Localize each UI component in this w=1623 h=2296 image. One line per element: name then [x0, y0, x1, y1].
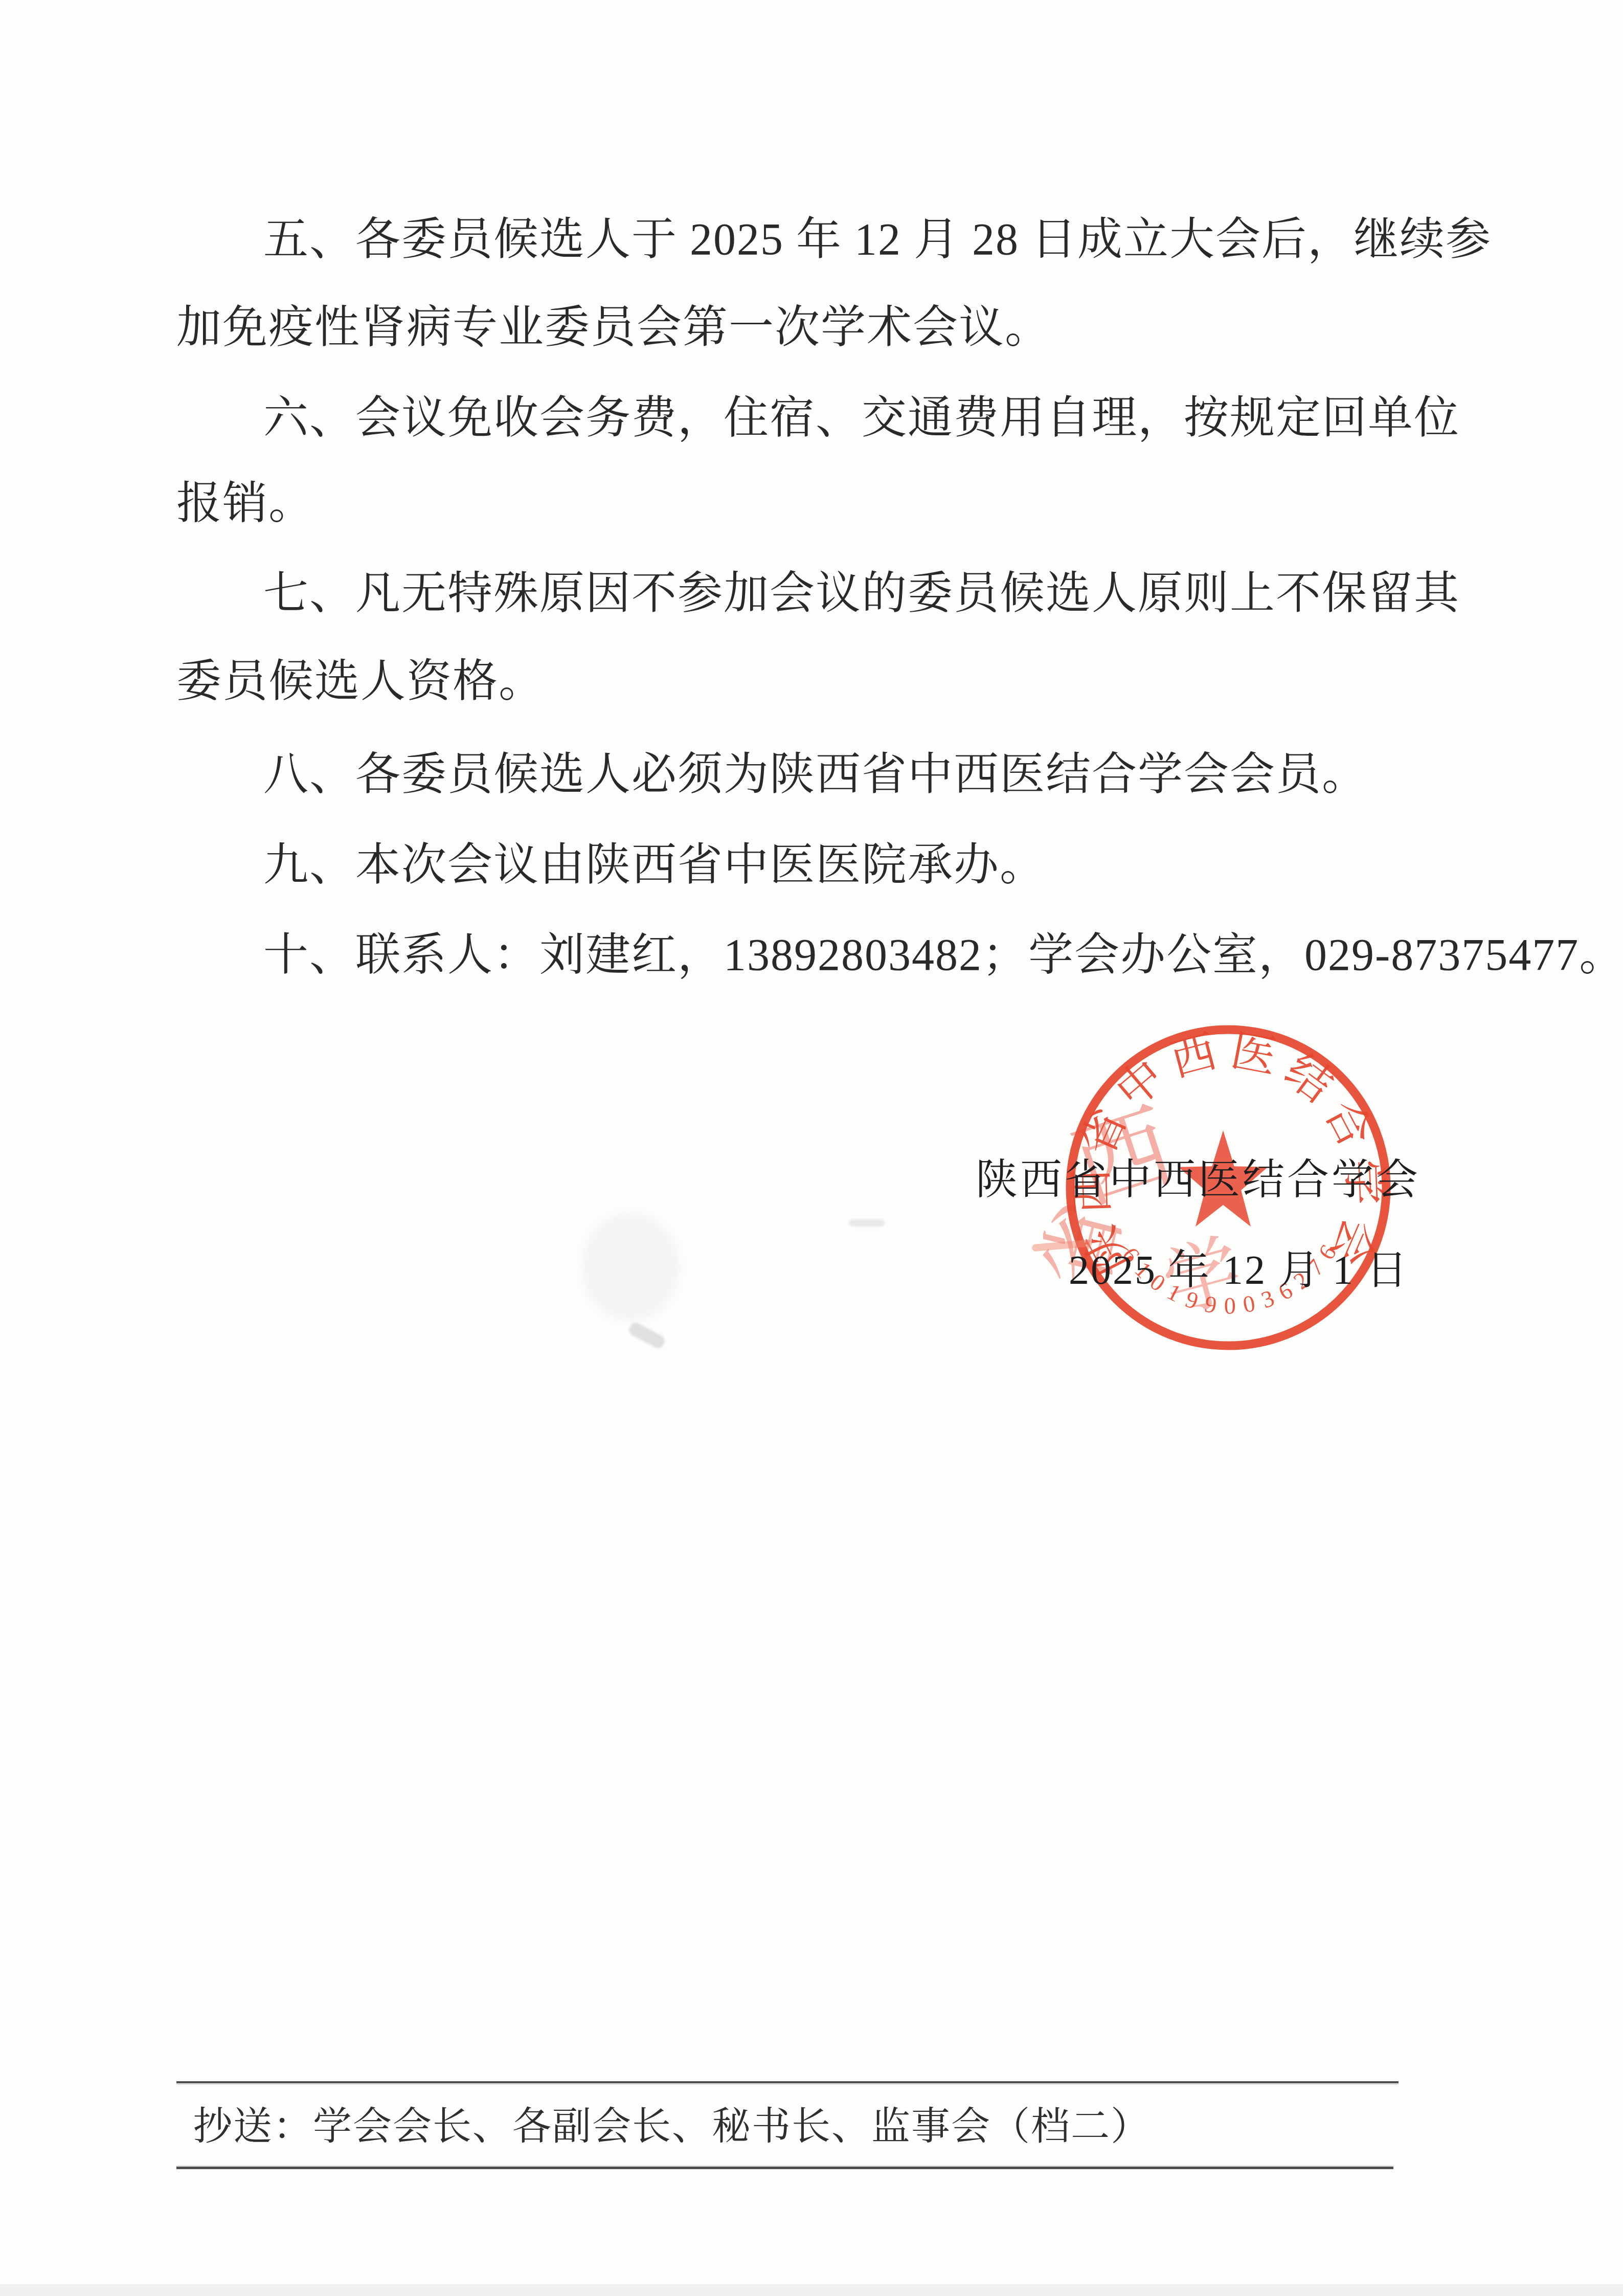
- body-line: 加免疫性肾病专业委员会第一次学术会议。: [176, 305, 1051, 350]
- body-line: 八、各委员候选人必须为陕西省中西医结合学会会员。: [176, 752, 1368, 797]
- footer-cc-line: 抄送：学会会长、各副会长、秘书长、监事会（档二）: [193, 2107, 1151, 2146]
- body-line: 十、联系人：刘建红，13892803482；学会办公室，029-87375477…: [176, 933, 1623, 978]
- scan-smudge: [627, 1321, 667, 1350]
- body-line: 五、各委员候选人于 2025 年 12 月 28 日成立大会后，继续参: [176, 217, 1492, 262]
- document-page: 五、各委员候选人于 2025 年 12 月 28 日成立大会后，继续参 加免疫性…: [0, 0, 1623, 2296]
- footer-top-rule: [176, 2081, 1399, 2083]
- body-line: 七、凡无特殊原因不参加会议的委员候选人原则上不保留其: [176, 571, 1460, 616]
- body-line: 六、会议免收会务费，住宿、交通费用自理，按规定回单位: [176, 396, 1460, 441]
- footer-bottom-rule: [176, 2167, 1393, 2169]
- signature-date: 2025 年 12 月 1 日: [1069, 1250, 1409, 1291]
- scan-edge-band: [0, 2284, 1623, 2296]
- signature-org: 陕西省中西医结合学会: [976, 1159, 1421, 1201]
- scan-smudge: [582, 1213, 679, 1321]
- scan-smudge: [849, 1219, 885, 1227]
- scanned-notice-page: { "document": { "body_lines": [ { "text"…: [0, 0, 1623, 2296]
- body-line: 九、本次会议由陕西省中医医院承办。: [176, 843, 1046, 888]
- body-line: 报销。: [176, 481, 314, 526]
- body-line: 委员候选人资格。: [176, 659, 545, 704]
